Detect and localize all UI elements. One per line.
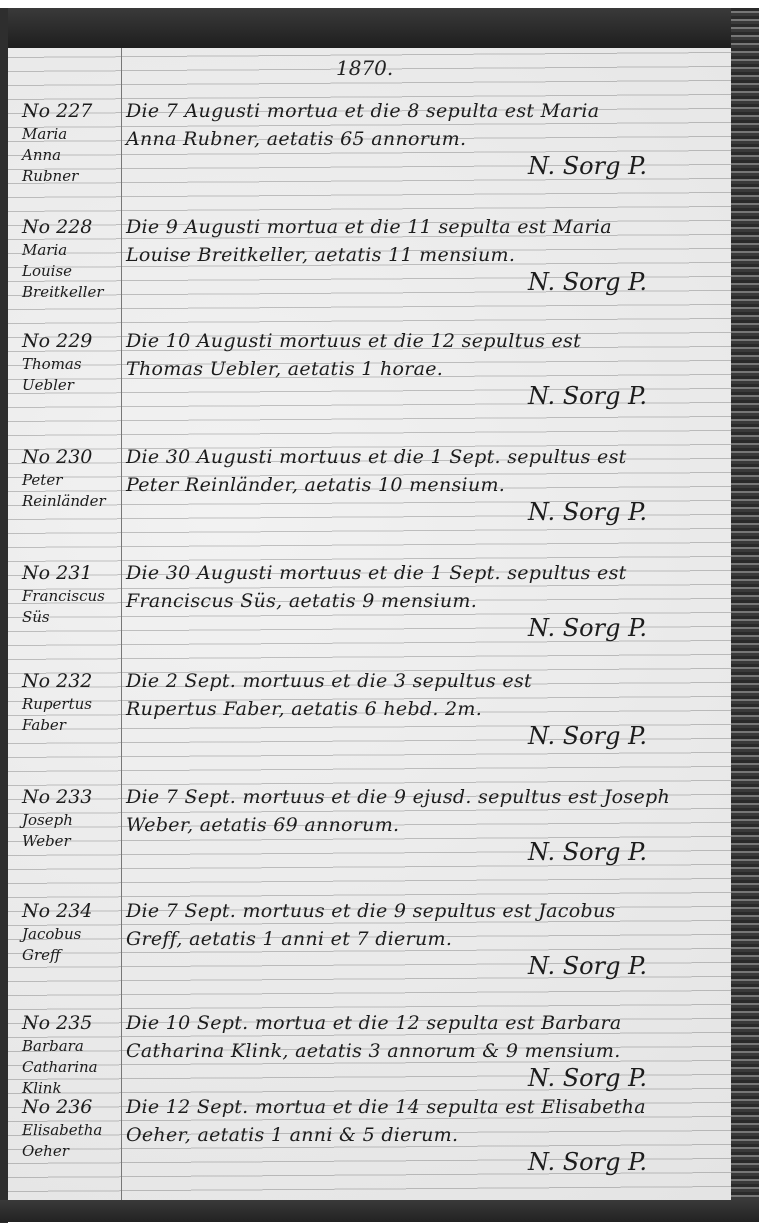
entry-text-line1: Die 12 Sept. mortua et die 14 sepulta es…	[126, 1096, 726, 1118]
margin-name-line: Peter	[22, 470, 118, 491]
margin-name-line: Thomas	[22, 354, 118, 375]
entry-text-line1: Die 30 Augusti mortuus et die 1 Sept. se…	[126, 562, 726, 584]
margin-name-line: Franciscus	[22, 586, 118, 607]
entry-text-line2: Weber, aetatis 69 annorum.	[126, 814, 726, 836]
entry-text-line2: Thomas Uebler, aetatis 1 horae.	[126, 358, 726, 380]
entry-number: No 229	[22, 330, 92, 352]
entry-number: No 234	[22, 900, 92, 922]
year-heading: 1870.	[336, 56, 393, 80]
margin-name-line: Weber	[22, 831, 118, 852]
margin-name-line: Faber	[22, 715, 118, 736]
entry-margin-name: Elisabetha Oeher	[22, 1120, 118, 1162]
entry-margin-name: Peter Reinländer	[22, 470, 118, 512]
margin-rule	[121, 48, 122, 1200]
margin-name-line: Rupertus	[22, 694, 118, 715]
entry-text-line1: Die 7 Sept. mortuus et die 9 ejusd. sepu…	[126, 786, 726, 808]
margin-name-line: Reinländer	[22, 491, 118, 512]
margin-name-line: Maria	[22, 240, 118, 261]
priest-signature: N. Sorg P.	[528, 498, 647, 526]
margin-name-line: Uebler	[22, 375, 118, 396]
entry-text-line1: Die 9 Augusti mortua et die 11 sepulta e…	[126, 216, 726, 238]
entry-number: No 232	[22, 670, 92, 692]
scan-border-bottom	[0, 1200, 759, 1222]
entry-text-line2: Franciscus Süs, aetatis 9 mensium.	[126, 590, 726, 612]
entry-number: No 227	[22, 100, 92, 122]
scan-border-left	[0, 8, 8, 1223]
entry-margin-name: Thomas Uebler	[22, 354, 118, 396]
entry-number: No 228	[22, 216, 92, 238]
scan-border-top	[0, 8, 759, 48]
entry-text-line2: Louise Breitkeller, aetatis 11 mensium.	[126, 244, 726, 266]
entry-number: No 235	[22, 1012, 92, 1034]
margin-name-line: Elisabetha	[22, 1120, 118, 1141]
margin-name-line: Catharina	[22, 1057, 118, 1078]
margin-name-line: Rubner	[22, 166, 118, 187]
entry-text-line2: Anna Rubner, aetatis 65 annorum.	[126, 128, 726, 150]
entry-text-line1: Die 30 Augusti mortuus et die 1 Sept. se…	[126, 446, 726, 468]
entry-margin-name: Barbara Catharina Klink	[22, 1036, 118, 1099]
entry-text-line2: Greff, aetatis 1 anni et 7 dierum.	[126, 928, 726, 950]
priest-signature: N. Sorg P.	[528, 382, 647, 410]
entry-margin-name: Joseph Weber	[22, 810, 118, 852]
entry-text-line1: Die 7 Augusti mortua et die 8 sepulta es…	[126, 100, 726, 122]
scan-border-right	[731, 8, 759, 1218]
entry-text-line1: Die 10 Augusti mortuus et die 12 sepultu…	[126, 330, 726, 352]
priest-signature: N. Sorg P.	[528, 152, 647, 180]
priest-signature: N. Sorg P.	[528, 614, 647, 642]
entry-number: No 236	[22, 1096, 92, 1118]
margin-name-line: Joseph	[22, 810, 118, 831]
margin-name-line: Maria	[22, 124, 118, 145]
priest-signature: N. Sorg P.	[528, 952, 647, 980]
margin-name-line: Anna	[22, 145, 118, 166]
entry-text-line2: Rupertus Faber, aetatis 6 hebd. 2m.	[126, 698, 726, 720]
entry-text-line1: Die 10 Sept. mortua et die 12 sepulta es…	[126, 1012, 726, 1034]
entry-number: No 233	[22, 786, 92, 808]
margin-name-line: Louise	[22, 261, 118, 282]
entry-text-line2: Catharina Klink, aetatis 3 annorum & 9 m…	[126, 1040, 726, 1062]
entry-text-line1: Die 2 Sept. mortuus et die 3 sepultus es…	[126, 670, 726, 692]
margin-name-line: Jacobus	[22, 924, 118, 945]
margin-name-line: Süs	[22, 607, 118, 628]
entry-text-line2: Peter Reinländer, aetatis 10 mensium.	[126, 474, 726, 496]
priest-signature: N. Sorg P.	[528, 1148, 647, 1176]
priest-signature: N. Sorg P.	[528, 722, 647, 750]
entry-text-line1: Die 7 Sept. mortuus et die 9 sepultus es…	[126, 900, 726, 922]
priest-signature: N. Sorg P.	[528, 1064, 647, 1092]
entry-text-line2: Oeher, aetatis 1 anni & 5 dierum.	[126, 1124, 726, 1146]
priest-signature: N. Sorg P.	[528, 838, 647, 866]
margin-name-line: Greff	[22, 945, 118, 966]
margin-name-line: Oeher	[22, 1141, 118, 1162]
register-page: 1870. No 227 Maria Anna Rubner Die 7 Aug…	[8, 48, 731, 1200]
entry-margin-name: Rupertus Faber	[22, 694, 118, 736]
entry-margin-name: Franciscus Süs	[22, 586, 118, 628]
entry-margin-name: Maria Anna Rubner	[22, 124, 118, 187]
entry-margin-name: Maria Louise Breitkeller	[22, 240, 118, 303]
margin-name-line: Breitkeller	[22, 282, 118, 303]
entry-margin-name: Jacobus Greff	[22, 924, 118, 966]
margin-name-line: Barbara	[22, 1036, 118, 1057]
entry-number: No 230	[22, 446, 92, 468]
entry-number: No 231	[22, 562, 92, 584]
priest-signature: N. Sorg P.	[528, 268, 647, 296]
